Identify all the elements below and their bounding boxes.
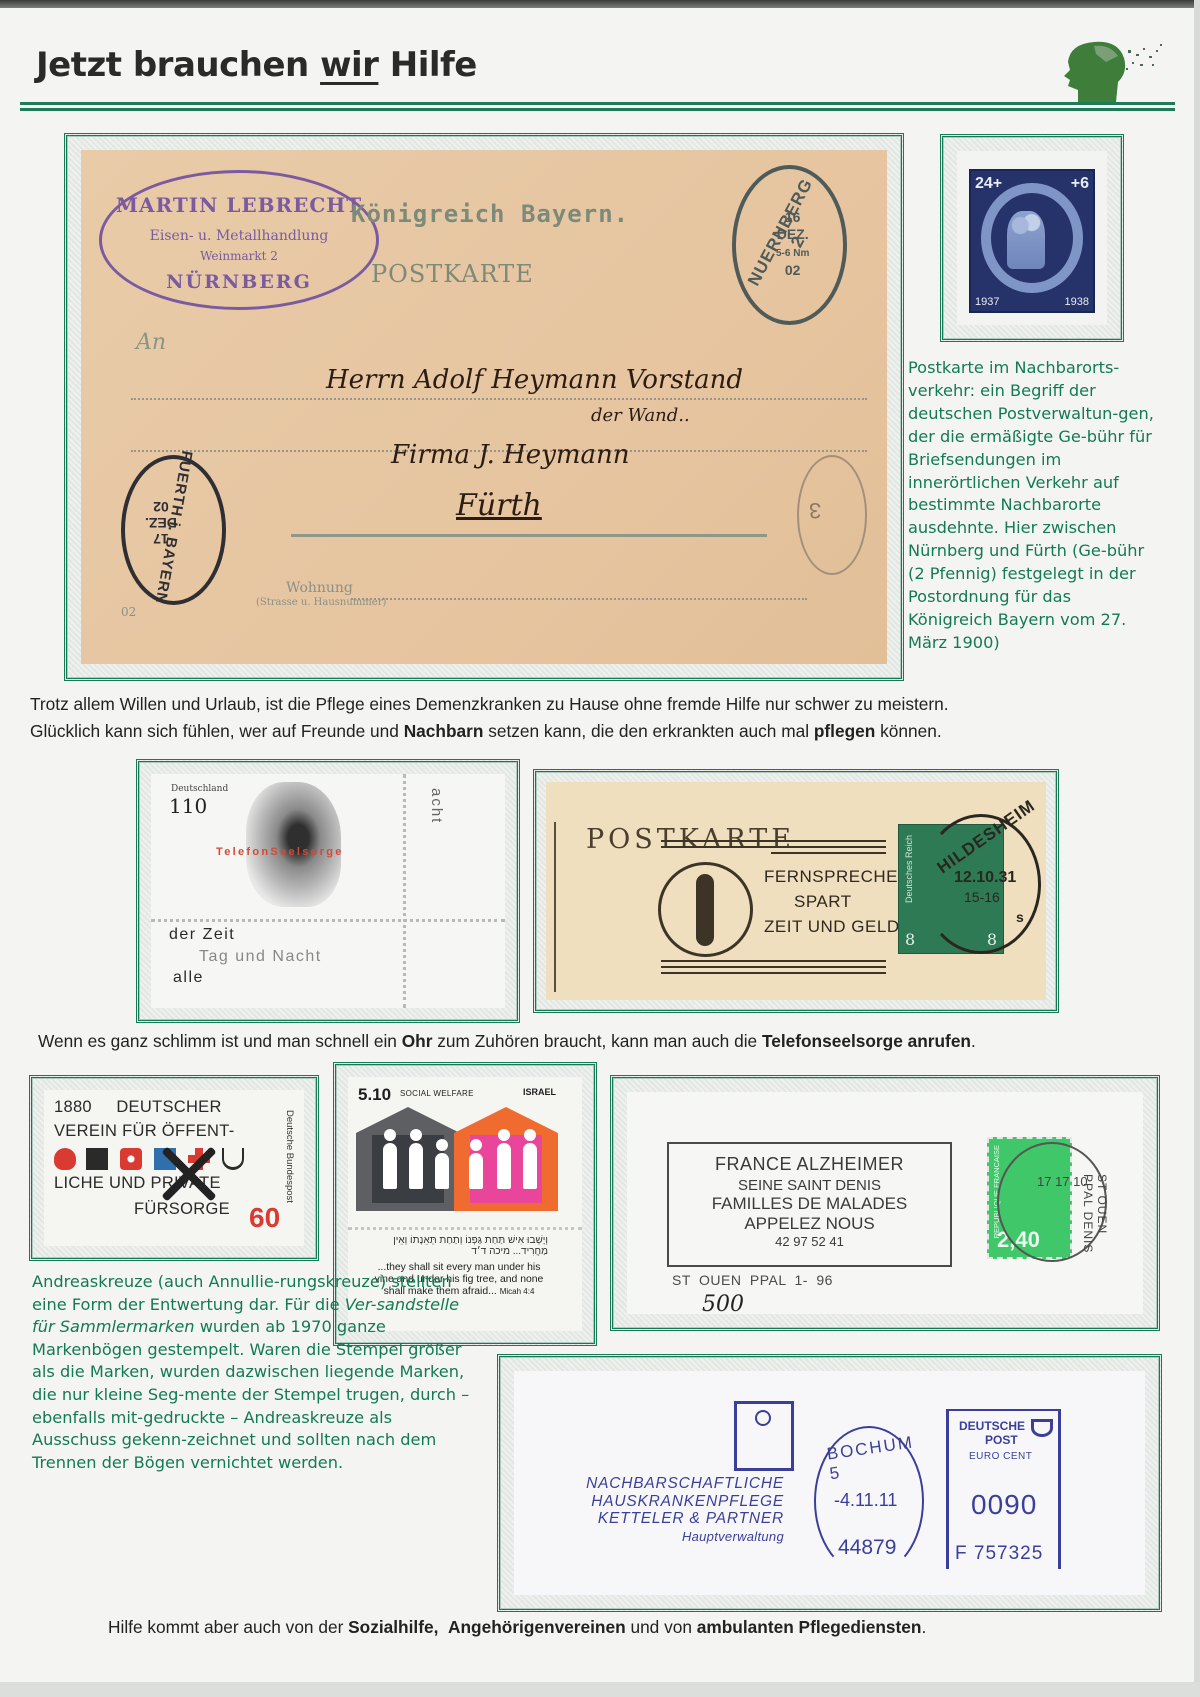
emphasis: ambulanten Pflegediensten	[697, 1617, 922, 1637]
stamp-value: 60	[249, 1202, 280, 1234]
stamp-value: 5.10	[358, 1085, 391, 1105]
title-part: Jetzt brauchen	[36, 45, 320, 85]
title-underlined-word: wir	[320, 45, 378, 85]
france-alzheimer-frame: FRANCE ALZHEIMER SEINE SAINT DENIS FAMIL…	[610, 1075, 1160, 1331]
telephone-receiver-icon	[696, 874, 714, 946]
caregiver-logo-icon	[734, 1401, 794, 1471]
stamp-text: VEREIN FÜR ÖFFENT-	[54, 1122, 235, 1141]
franking-meter-imprint: DEUTSCHE POST EURO CENT 0090 F 757325	[946, 1409, 1061, 1569]
postcard-bayern: MARTIN LEBRECHT Eisen- u. Metallhandlung…	[81, 150, 887, 664]
elderly-couple-icon	[1007, 211, 1045, 269]
family-figure-icon	[383, 1143, 397, 1189]
side-note: Postkarte im Nachbarorts-verkehr: ein Be…	[908, 357, 1158, 655]
family-figure-icon	[470, 1139, 482, 1151]
telefonseelsorge-stamp: Deutschland 110 TelefonSeelsorge acht de…	[151, 774, 505, 1008]
fuersorge-stamp-frame: 1880 DEUTSCHER VEREIN FÜR ÖFFENT- LICHE …	[29, 1075, 319, 1261]
postmark-time: 15-16	[964, 889, 1000, 905]
handwritten-address-line: der Wand..	[591, 405, 690, 426]
heart-icon	[54, 1148, 76, 1170]
emphasis: Telefonseelsorge anrufen	[762, 1031, 971, 1051]
stamp-year-right: 1938	[1065, 296, 1089, 308]
family-figure-icon	[498, 1129, 510, 1141]
perforation	[348, 1227, 582, 1230]
page-bottom-edge	[0, 1682, 1200, 1697]
family-figure-icon	[410, 1129, 422, 1141]
sender-city: NÜRNBERG	[102, 271, 376, 293]
paragraph-line: Glücklich kann sich fühlen, wer auf Freu…	[30, 721, 942, 742]
page-top-edge	[0, 0, 1200, 8]
handwritten-address-city: Fürth	[456, 488, 542, 523]
address-line	[291, 534, 767, 537]
slogan-line: ZEIT UND GELD	[764, 917, 900, 937]
address-line	[351, 598, 807, 600]
family-figure-icon	[497, 1143, 511, 1189]
slogan-cancel-box: FRANCE ALZHEIMER SEINE SAINT DENIS FAMIL…	[667, 1142, 952, 1267]
stamp-title: TelefonSeelsorge	[216, 846, 344, 858]
meter-brand: POST	[985, 1433, 1018, 1447]
card-edge-line	[554, 822, 556, 992]
family-figure-icon	[384, 1129, 396, 1141]
stamp-value-left: 24+	[975, 175, 1002, 193]
caritas-cross-icon	[120, 1148, 142, 1170]
family-figure-icon	[524, 1129, 536, 1141]
slogan-line: APPELEZ NOUS	[669, 1214, 950, 1234]
page-right-edge	[1194, 0, 1200, 1697]
slogan-line: FAMILLES DE MALADES	[669, 1194, 950, 1214]
handwritten-address-line: Herrn Adolf Heymann Vorstand	[326, 365, 743, 395]
card-heading: Königreich Bayern.	[351, 200, 629, 228]
phone-number: 42 97 52 41	[669, 1234, 950, 1249]
austria-winterhilfe-stamp: 24+ +6 1937 1938	[969, 169, 1095, 313]
faint-postmark: 3	[797, 455, 867, 575]
stamp-title: SOCIAL WELFARE	[400, 1089, 474, 1098]
postmark-zip: 44879	[838, 1536, 896, 1560]
recipient-label: An	[136, 330, 166, 355]
family-figure-icon	[435, 1153, 449, 1189]
andreaskreuz-annotation: Andreaskreuze (auch Annullie-rungskreuze…	[32, 1271, 472, 1474]
stamp-value-right: +6	[1071, 175, 1089, 193]
emphasis: pflegen	[814, 721, 875, 741]
emphasis: Sozialhilfe,	[348, 1617, 438, 1637]
postmark-date: 17 17 10	[1037, 1174, 1088, 1189]
family-figure-icon	[469, 1153, 483, 1189]
sender-organization: NACHBARSCHAFTLICHE HAUSKRANKENPFLEGE KET…	[554, 1475, 784, 1545]
post-horn-icon	[1031, 1419, 1053, 1437]
handwritten-note: 500	[702, 1292, 744, 1317]
hildesheim-postcard: POSTKARTE FERNSPRECHER SPART ZEIT UND GE…	[546, 782, 1046, 1000]
stamp-value: 110	[169, 794, 207, 818]
bochum-meter-frame: NACHBARSCHAFTLICHE HAUSKRANKENPFLEGE KET…	[497, 1354, 1162, 1612]
origin-postmark: NUERNBERG 2 16DEZ.5-6 Nm02	[732, 165, 847, 325]
postmark-line: ST OUEN PPAL 1- 96	[672, 1272, 833, 1288]
dissolving-head-icon	[1048, 36, 1168, 104]
family-figure-icon	[523, 1143, 537, 1189]
perforation	[151, 919, 505, 922]
postmark-suffix: s	[1016, 909, 1024, 925]
slogan-line: FRANCE ALZHEIMER	[669, 1154, 950, 1175]
sender-handstamp: MARTIN LEBRECHT Eisen- u. Metallhandlung…	[99, 170, 379, 310]
residence-label: Wohnung	[286, 580, 353, 596]
ear-icon	[246, 782, 341, 907]
meter-currency: EURO CENT	[969, 1451, 1032, 1462]
austria-stamp-frame: 24+ +6 1937 1938	[940, 134, 1124, 342]
postmark-city: HILDESHEIM	[934, 796, 1040, 878]
fuersorge-stamp: 1880 DEUTSCHER VEREIN FÜR ÖFFENT- LICHE …	[44, 1090, 304, 1246]
footer-line: Hilfe kommt aber auch von der Sozialhilf…	[108, 1617, 926, 1638]
stamp-country: Deutschland	[171, 784, 228, 794]
arrival-postmark: FUERTH i. BAYERN 17DEZ.02	[121, 455, 226, 605]
stamp-country: Deutsches Reich	[904, 835, 914, 903]
postmark-date: -4.11.11	[834, 1490, 897, 1511]
slogan-line: SEINE SAINT DENIS	[669, 1177, 950, 1194]
stamp-text: 1880 DEUTSCHER	[54, 1098, 222, 1117]
page-title: Jetzt brauchen wir Hilfe	[36, 45, 477, 85]
stamp-text: FÜRSORGE	[134, 1200, 230, 1219]
paragraph-line: Wenn es ganz schlimm ist und man schnell…	[38, 1031, 976, 1052]
france-alzheimer-cover: FRANCE ALZHEIMER SEINE SAINT DENIS FAMIL…	[627, 1092, 1143, 1314]
sender-address: Weinmarkt 2	[102, 249, 376, 263]
sender-business: Eisen- u. Metallhandlung	[102, 228, 376, 244]
box-icon	[86, 1148, 108, 1170]
stamp-mount: 24+ +6 1937 1938	[957, 151, 1107, 325]
stamp-country: ISRAEL	[523, 1087, 556, 1097]
address-line	[131, 398, 867, 400]
title-part: Hilfe	[378, 45, 476, 85]
margin-text: alle	[173, 969, 204, 987]
emphasis: Nachbarn	[404, 721, 484, 741]
family-figure-icon	[409, 1143, 423, 1189]
hildesheim-postmark: HILDESHEIM 12.10.31 15-16 s	[921, 814, 1041, 954]
margin-text: Tag und Nacht	[199, 948, 322, 966]
perforation	[403, 774, 406, 1008]
meter-id: F 757325	[955, 1543, 1043, 1565]
st-ouen-postmark: ST OUEN PPAL DENIS 17 17 10	[997, 1142, 1107, 1262]
margin-text: acht	[428, 788, 445, 824]
paragraph-line: Trotz allem Willen und Urlaub, ist die P…	[30, 694, 949, 715]
margin-text: der Zeit	[169, 926, 235, 944]
postcard-bayern-frame: MARTIN LEBRECHT Eisen- u. Metallhandlung…	[64, 133, 904, 681]
bochum-postmark: BOCHUM 5 -4.11.11 44879	[814, 1426, 924, 1576]
meter-brand: DEUTSCHE	[959, 1419, 1025, 1433]
stamp-year-left: 1937	[975, 296, 999, 308]
menorah-icon	[222, 1148, 244, 1170]
postmark-date: 12.10.31	[954, 869, 1016, 887]
meter-amount: 0090	[971, 1489, 1037, 1521]
emphasis: Angehörigenvereinen	[448, 1617, 626, 1637]
telefonseelsorge-frame: Deutschland 110 TelefonSeelsorge acht de…	[136, 759, 520, 1023]
family-figure-icon	[436, 1139, 448, 1151]
handwritten-address-line: Firma J. Heymann	[391, 440, 630, 470]
stamp-issuer: Deutsche Bundespost	[284, 1110, 295, 1203]
bochum-meter-cover: NACHBARSCHAFTLICHE HAUSKRANKENPFLEGE KET…	[514, 1371, 1145, 1595]
postmark-date: 17DEZ.02	[145, 499, 177, 547]
slogan-line: FERNSPRECHER	[764, 867, 911, 887]
postmark-city: BOCHUM 5	[826, 1432, 925, 1485]
sender-name: MARTIN LEBRECHT	[102, 193, 376, 217]
postmark-date: 16DEZ.5-6 Nm02	[776, 209, 809, 279]
card-type: POSTKARTE	[371, 260, 534, 288]
tab-hebrew-quote: וְיָשְׁבוּ אִישׁ תַּחַת גַּפְנוֹ וְתַחַת…	[388, 1235, 548, 1257]
title-divider	[20, 102, 1175, 112]
hildesheim-card-frame: POSTKARTE FERNSPRECHER SPART ZEIT UND GE…	[533, 769, 1059, 1013]
form-code: 02	[121, 605, 136, 619]
residence-sublabel: (Strasse u. Hausnummer)	[256, 597, 386, 608]
slogan-line: SPART	[794, 892, 852, 912]
stamp-value: 8	[905, 930, 915, 949]
emphasis: Ohr	[402, 1031, 433, 1051]
